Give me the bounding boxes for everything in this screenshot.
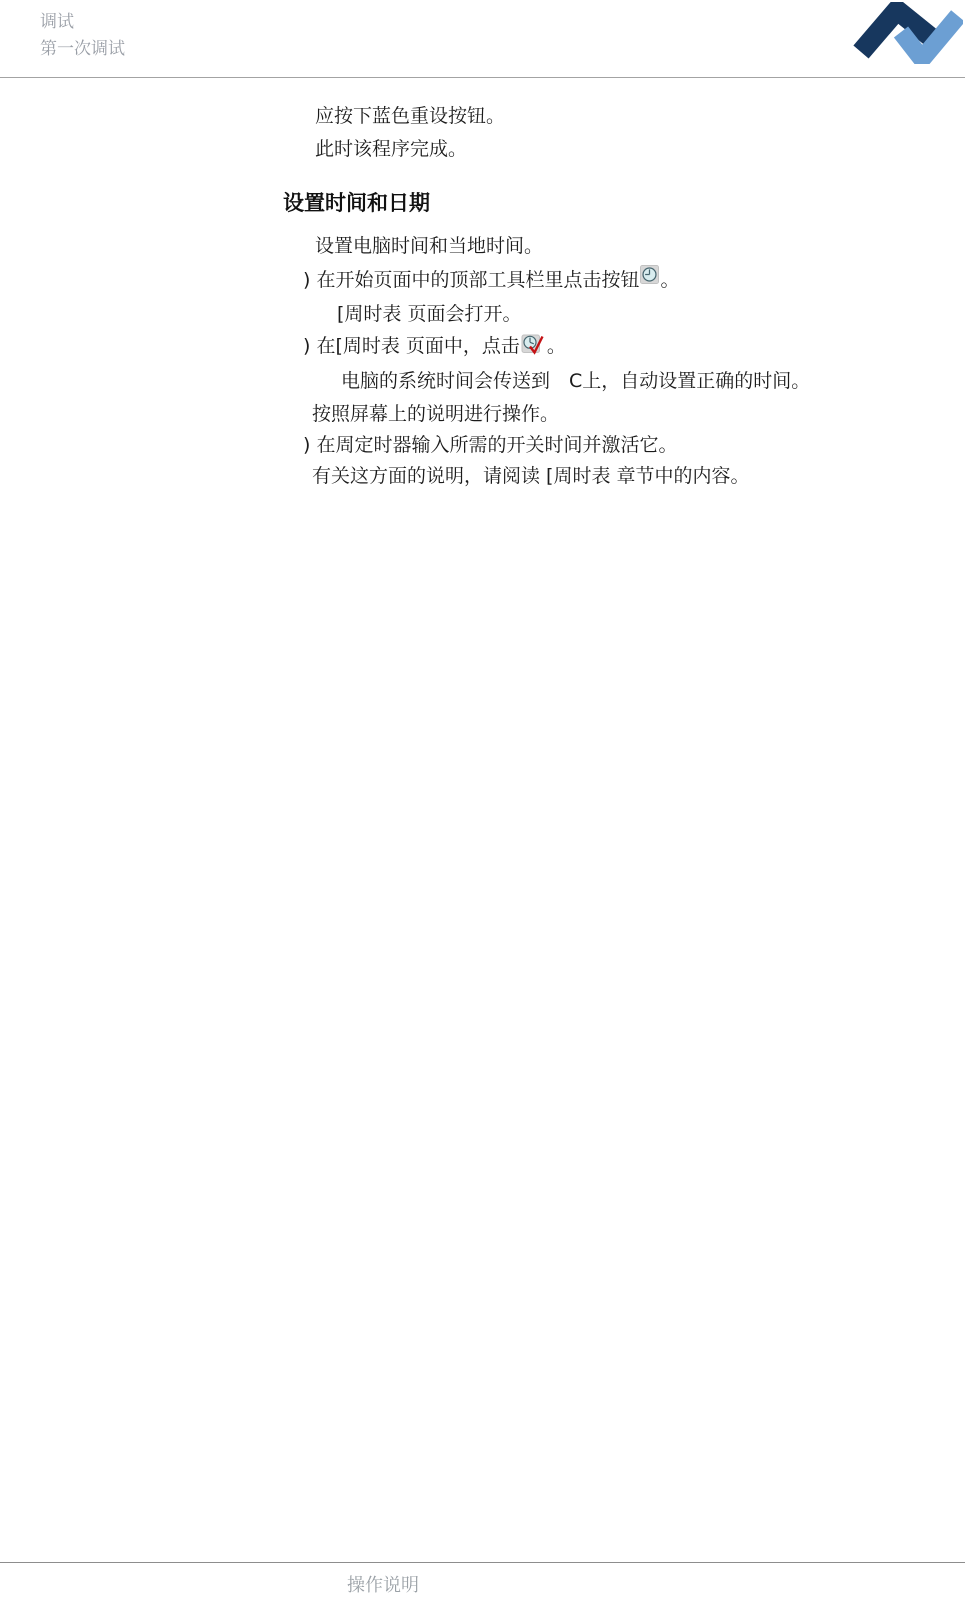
- document-page: 调试 第一次调试 应按下蓝色重设按钮。 此时该程序完成。 设置时间和日期 设置电…: [0, 0, 965, 1606]
- paragraph-intro-line-2: 此时该程序完成。: [315, 135, 467, 163]
- step-1-result: [周时表 页面会打开。: [337, 300, 521, 328]
- step-2: ) 在[周时表 页面中，点击。: [303, 332, 566, 360]
- header-section-title: 调试: [40, 14, 74, 31]
- clock-icon: [640, 265, 659, 284]
- step-2-text: ) 在[周时表 页面中，点击: [303, 335, 520, 357]
- paragraph-intro-line-1: 应按下蓝色重设按钮。: [315, 102, 505, 130]
- footer-divider: [0, 1562, 965, 1563]
- step-2-period: 。: [547, 335, 566, 357]
- header-divider: [0, 77, 965, 78]
- footer-document-type: 操作说明: [347, 1574, 419, 1598]
- step-2-follow-up: 按照屏幕上的说明进行操作。: [312, 400, 559, 428]
- step-1-period: 。: [660, 269, 679, 291]
- step-1: ) 在开始页面中的顶部工具栏里点击按钮。: [303, 265, 679, 294]
- lead-sentence: 设置电脑时间和当地时间。: [315, 232, 543, 260]
- header-subsection-title: 第一次调试: [40, 41, 125, 58]
- step-2-result: 电脑的系统时间会传送到 C上，自动设置正确的时间。: [341, 367, 810, 395]
- section-heading: 设置时间和日期: [283, 188, 430, 218]
- brand-logo: [841, 2, 963, 64]
- step-3: ) 在周定时器输入所需的开关时间并激活它。: [303, 431, 677, 459]
- clock-check-icon: [521, 333, 546, 355]
- step-1-text: ) 在开始页面中的顶部工具栏里点击按钮: [303, 269, 639, 291]
- step-3-note: 有关这方面的说明，请阅读 [周时表 章节中的内容。: [312, 462, 750, 490]
